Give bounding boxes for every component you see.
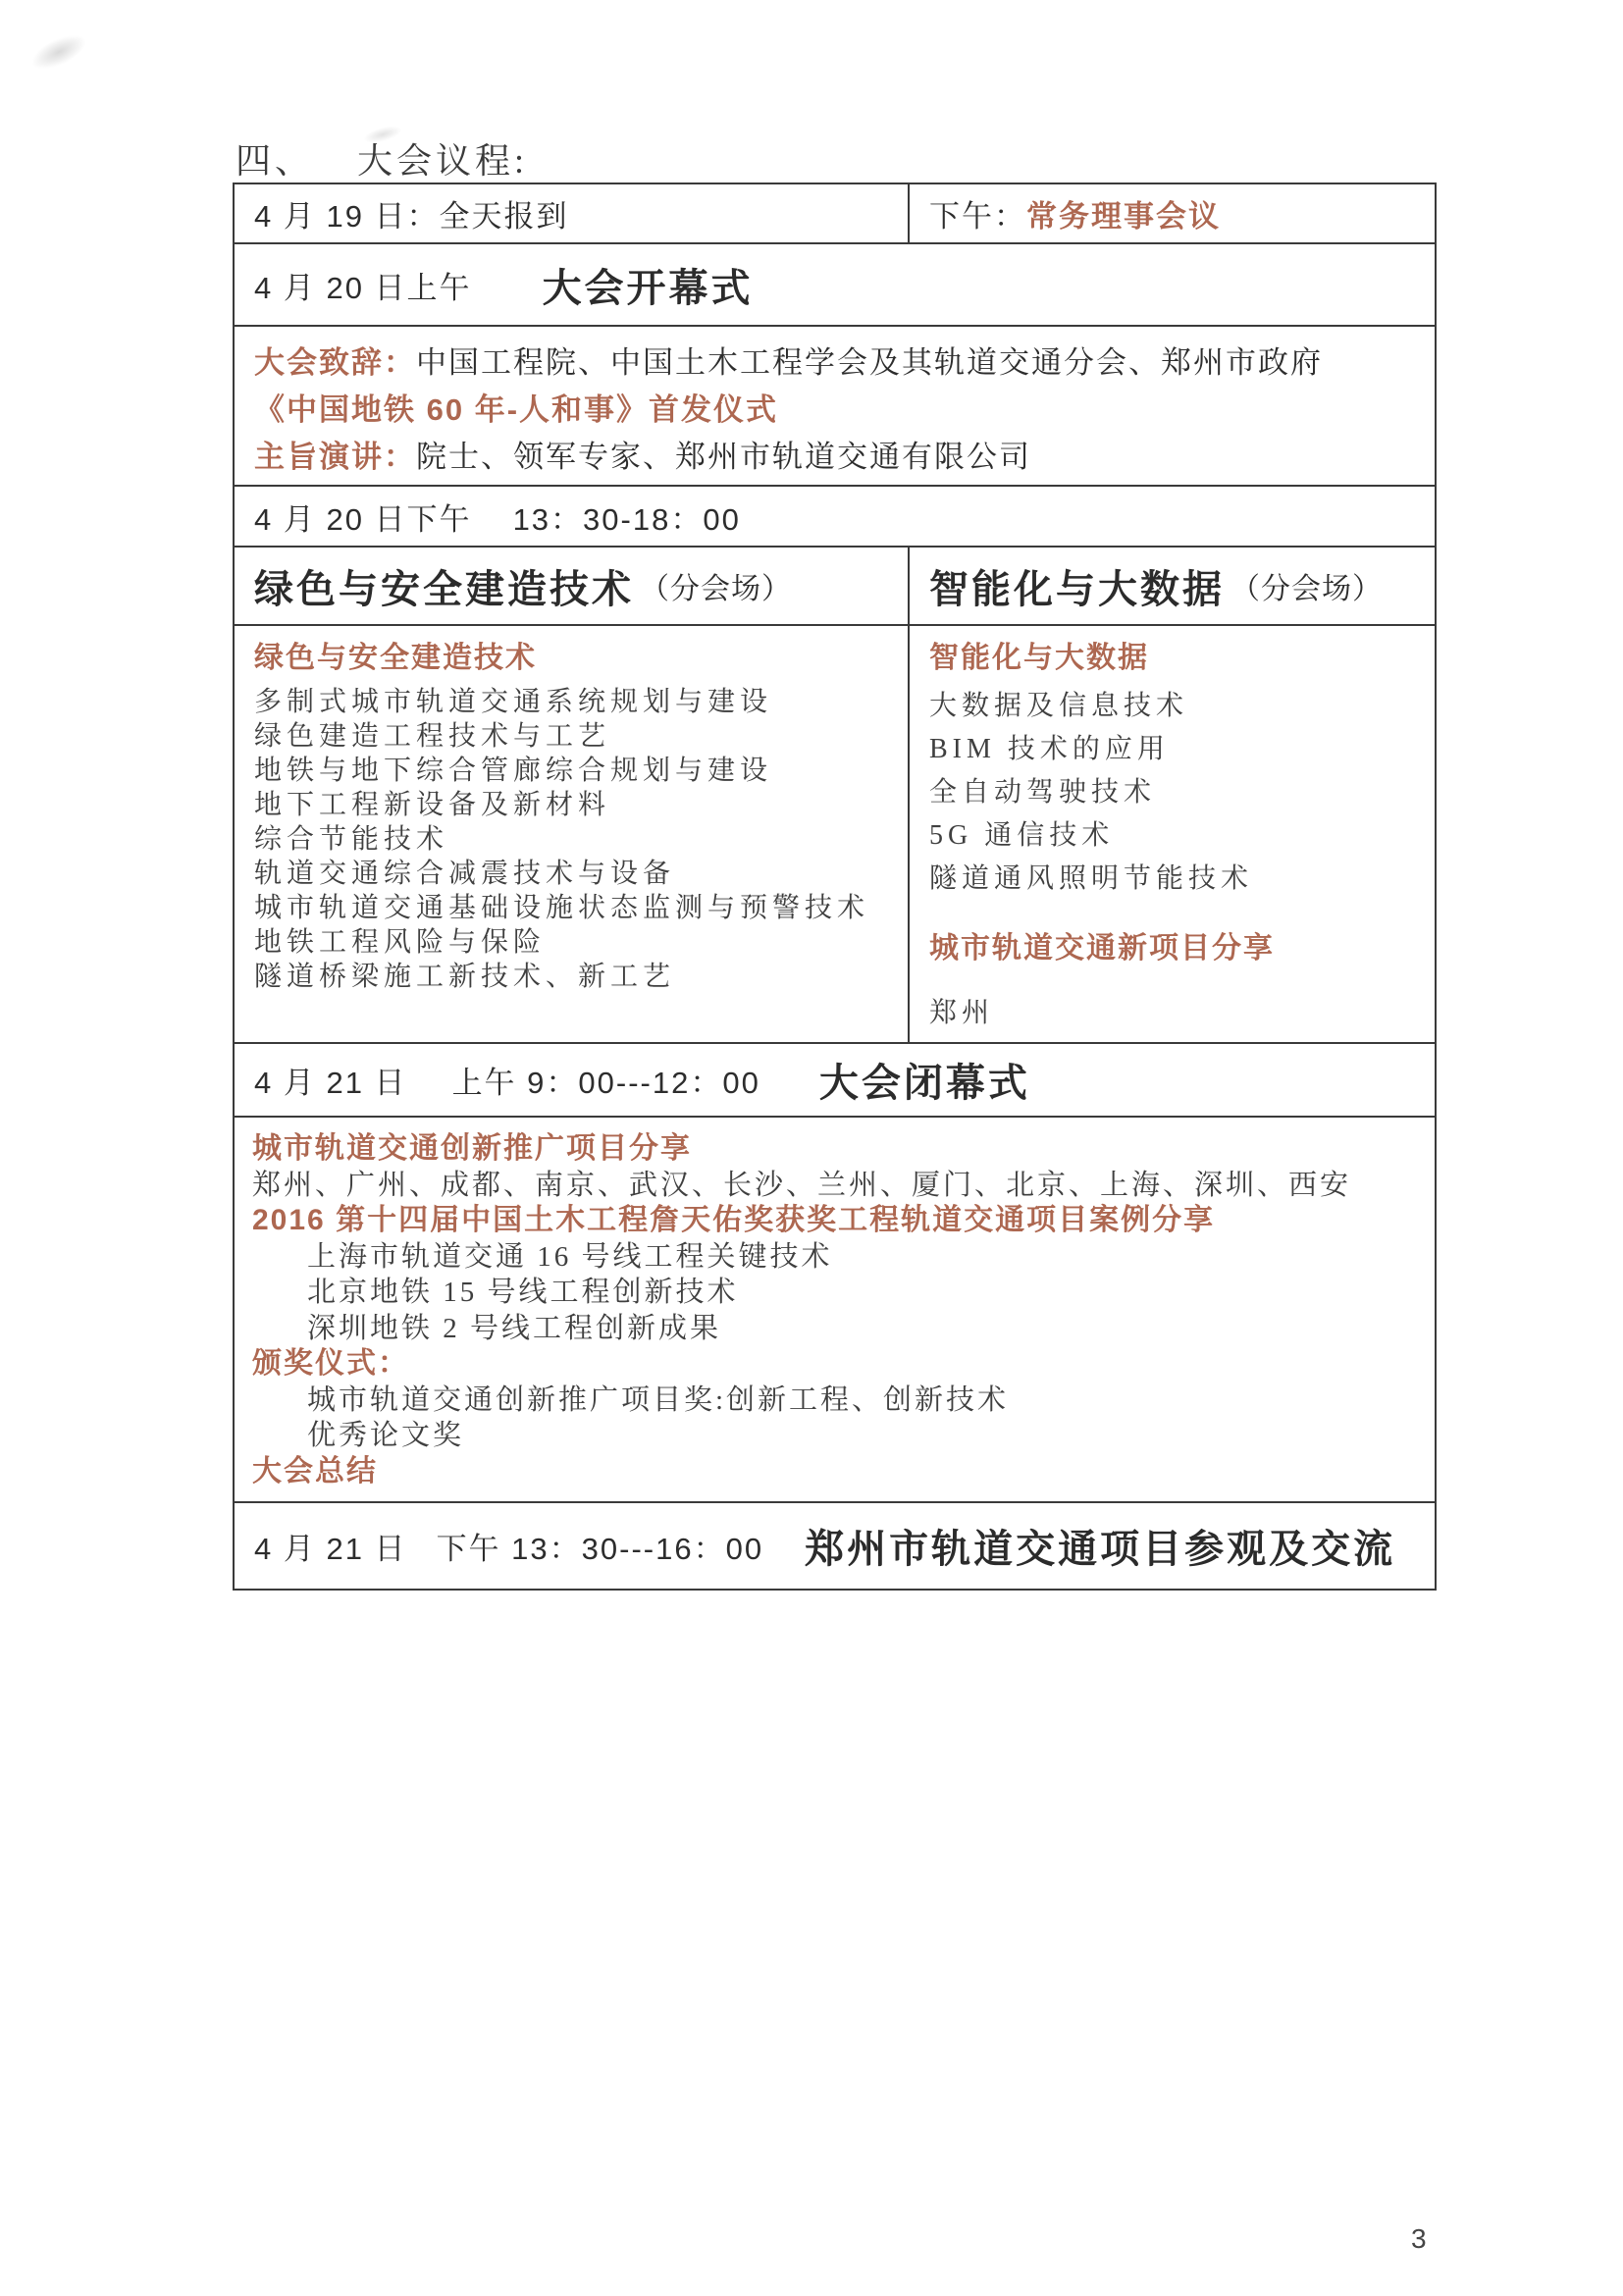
smart-session-title: 智能化与大数据: [929, 558, 1225, 614]
session-header-smart: 智能化与大数据 （分会场）: [908, 548, 1435, 624]
council-meeting-label: 常务理事会议: [1026, 191, 1221, 235]
topic-item: 地下工程新设备及新材料: [254, 788, 908, 822]
section-title: 大会议程:: [357, 141, 528, 181]
topic-item: 隧道通风照明节能技术: [929, 858, 1435, 901]
day3-morning-time: 上午 9：00---12：00: [452, 1058, 760, 1102]
agenda-row-session-headers: 绿色与安全建造技术 （分会场） 智能化与大数据 （分会场）: [235, 546, 1435, 624]
conference-summary: 大会总结: [252, 1454, 1435, 1490]
section-number: 四、: [236, 141, 314, 181]
document-page: 四、大会议程: 4 月 19 日：全天报到 下午：常务理事会议 4 月 20 日…: [0, 0, 1623, 2296]
closing-ceremony-title: 大会闭幕式: [819, 1052, 1030, 1108]
smart-session-topics: 智能化与大数据 大数据及信息技术 BIM 技术的应用 全自动驾驶技术 5G 通信…: [908, 626, 1435, 1042]
agenda-table: 4 月 19 日：全天报到 下午：常务理事会议 4 月 20 日上午 大会开幕式…: [233, 183, 1437, 1591]
agenda-row-day2-afternoon: 4 月 20 日下午 13：30-18：00: [235, 485, 1435, 546]
new-projects-header: 城市轨道交通新项目分享: [929, 928, 1435, 969]
site-visit-title: 郑州市轨道交通项目参观及交流: [805, 1518, 1395, 1574]
topic-item: 地铁工程风险与保险: [254, 925, 908, 960]
green-session-topics: 绿色与安全建造技术 多制式城市轨道交通系统规划与建设 绿色建造工程技术与工艺 地…: [235, 626, 908, 1042]
session-header-green: 绿色与安全建造技术 （分会场）: [235, 548, 908, 624]
afternoon-label: 下午：: [929, 191, 1026, 235]
smart-topics-header: 智能化与大数据: [929, 638, 1435, 679]
topic-item: 隧道桥梁施工新技术、新工艺: [254, 960, 908, 994]
green-topics-header: 绿色与安全建造技术: [254, 638, 908, 679]
page-title: 四、大会议程:: [236, 133, 528, 183]
topic-item: 大数据及信息技术: [929, 685, 1435, 728]
keynote-label: 主旨演讲：: [254, 440, 416, 474]
day2-afternoon-time: 13：30-18：00: [513, 495, 741, 539]
agenda-row-closing-detail: 城市轨道交通创新推广项目分享 郑州、广州、成都、南京、武汉、长沙、兰州、厦门、北…: [235, 1116, 1435, 1501]
topic-item: 综合节能技术: [254, 822, 908, 857]
day2-afternoon-date: 4 月 20 日下午: [254, 495, 472, 539]
agenda-row-session-topics: 绿色与安全建造技术 多制式城市轨道交通系统规划与建设 绿色建造工程技术与工艺 地…: [235, 624, 1435, 1042]
topic-item: 全自动驾驶技术: [929, 771, 1435, 814]
speech-label: 大会致辞：: [254, 345, 416, 380]
keynote-line: 主旨演讲：院士、领军专家、郑州市轨道交通有限公司: [254, 434, 1435, 481]
book-launch-text: 《中国地铁 60 年-人和事》首发仪式: [254, 392, 778, 427]
topic-item: 多制式城市轨道交通系统规划与建设: [254, 685, 908, 719]
page-number: 3: [1411, 2223, 1428, 2255]
topic-item: 城市轨道交通基础设施状态监测与预警技术: [254, 891, 908, 925]
book-launch-line: 《中国地铁 60 年-人和事》首发仪式: [254, 387, 1435, 434]
agenda-row-day2-morning: 4 月 20 日上午 大会开幕式: [235, 242, 1435, 325]
award-case: 深圳地铁 2 号线工程创新成果: [252, 1311, 1435, 1347]
green-session-title: 绿色与安全建造技术: [254, 558, 634, 614]
day2-morning-date: 4 月 20 日上午: [254, 263, 472, 307]
award-ceremony-header: 颁奖仪式：: [252, 1346, 1435, 1383]
tien-yow-award-header: 2016 第十四届中国土木工程詹天佑奖获奖工程轨道交通项目案例分享: [252, 1203, 1435, 1239]
topic-item: BIM 技术的应用: [929, 728, 1435, 771]
agenda-row-day3-morning: 4 月 21 日 上午 9：00---12：00 大会闭幕式: [235, 1042, 1435, 1116]
promo-share-header: 城市轨道交通创新推广项目分享: [252, 1131, 1435, 1168]
agenda-row-opening-detail: 大会致辞：中国工程院、中国土木工程学会及其轨道交通分会、郑州市政府 《中国地铁 …: [235, 325, 1435, 485]
scan-smudge: [26, 28, 90, 77]
agenda-row-day1: 4 月 19 日：全天报到 下午：常务理事会议: [235, 184, 1435, 242]
promo-cities: 郑州、广州、成都、南京、武汉、长沙、兰州、厦门、北京、上海、深圳、西安: [252, 1168, 1435, 1204]
day3-date: 4 月 21 日: [254, 1058, 407, 1102]
ceremony-item: 优秀论文奖: [252, 1418, 1435, 1454]
agenda-row-day3-afternoon: 4 月 21 日 下午 13：30---16：00 郑州市轨道交通项目参观及交流: [235, 1501, 1435, 1589]
opening-ceremony-title: 大会开幕式: [543, 257, 754, 313]
topic-item: 地铁与地下综合管廊综合规划与建设: [254, 754, 908, 788]
award-case: 北京地铁 15 号线工程创新技术: [252, 1275, 1435, 1311]
ceremony-item: 城市轨道交通创新推广项目奖:创新工程、创新技术: [252, 1383, 1435, 1419]
smart-session-note: （分会场）: [1230, 564, 1383, 607]
day3-afternoon-time: 下午 13：30---16：00: [437, 1524, 764, 1568]
topic-item: 5G 通信技术: [929, 814, 1435, 858]
topic-item: 轨道交通综合减震技术与设备: [254, 857, 908, 891]
award-case: 上海市轨道交通 16 号线工程关键技术: [252, 1239, 1435, 1276]
day1-registration: 4 月 19 日：全天报到: [235, 184, 908, 242]
new-projects-city: 郑州: [929, 995, 1435, 1032]
day1-afternoon-meeting: 下午：常务理事会议: [908, 184, 1435, 242]
speech-text: 中国工程院、中国土木工程学会及其轨道交通分会、郑州市政府: [416, 345, 1323, 380]
topic-item: 绿色建造工程技术与工艺: [254, 719, 908, 754]
day3-afternoon-date: 4 月 21 日: [254, 1524, 407, 1568]
opening-speech-line: 大会致辞：中国工程院、中国土木工程学会及其轨道交通分会、郑州市政府: [254, 339, 1435, 387]
green-session-note: （分会场）: [640, 564, 792, 607]
keynote-text: 院士、领军专家、郑州市轨道交通有限公司: [416, 440, 1031, 474]
